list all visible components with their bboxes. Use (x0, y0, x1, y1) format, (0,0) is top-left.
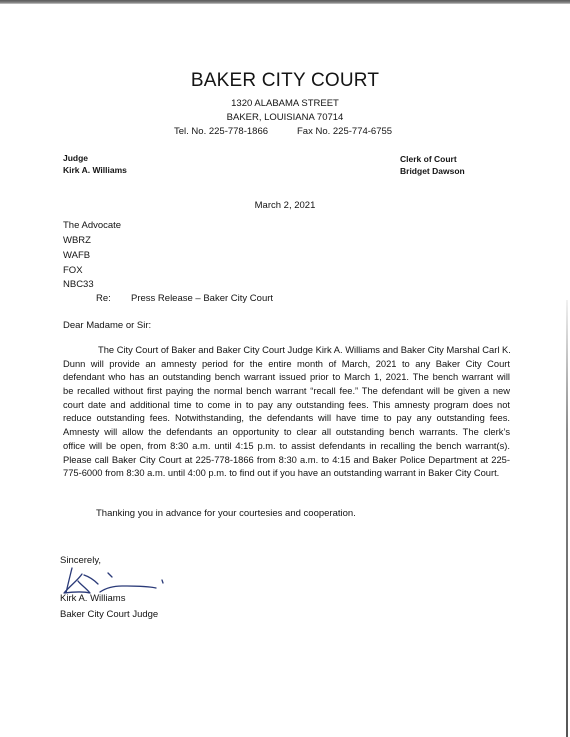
body-line: Amnesty will allow the defendants an opp… (63, 426, 510, 440)
city-address: BAKER, LOUISIANA 70714 (0, 112, 570, 123)
clerk-role: Clerk of Court (400, 154, 457, 164)
closing-paragraph: Thanking you in advance for your courtes… (96, 508, 356, 519)
re-subject: Press Release – Baker City Court (131, 293, 273, 304)
valediction: Sincerely, (60, 555, 101, 566)
clerk-name: Bridget Dawson (400, 166, 465, 176)
judge-name: Kirk A. Williams (63, 165, 127, 175)
body-line: defendant who has an outstanding bench w… (63, 371, 510, 385)
scan-top-edge (0, 0, 570, 4)
scan-right-edge (566, 300, 568, 737)
re-label: Re: (96, 293, 111, 304)
signer-title: Baker City Court Judge (60, 609, 158, 620)
body-line: reduce outstanding fees. Notwithstanding… (63, 412, 510, 426)
body-line: Please call Baker City Court at 225-778-… (63, 454, 510, 468)
recipient-item: NBC33 (63, 279, 94, 290)
salutation: Dear Madame or Sir: (63, 320, 151, 331)
body-line: The City Court of Baker and Baker City C… (63, 344, 510, 358)
signer-name: Kirk A. Williams (60, 593, 125, 604)
body-line: court date and additional time to come i… (63, 399, 510, 413)
recipient-item: FOX (63, 265, 83, 276)
letter-date: March 2, 2021 (0, 200, 570, 211)
recipient-item: WAFB (63, 250, 90, 261)
recipient-item: WBRZ (63, 235, 91, 246)
judge-role: Judge (63, 153, 88, 163)
fax-number: Fax No. 225-774-6755 (297, 126, 392, 137)
recipient-item: The Advocate (63, 220, 121, 231)
body-line: Dunn will provide an amnesty period for … (63, 358, 510, 372)
body-line: office will be open, from 8:30 a.m. unti… (63, 440, 510, 454)
body-line: be recalled without first paying the nor… (63, 385, 510, 399)
body-line: 775-6000 from 8:30 a.m. until 4:00 p.m. … (63, 467, 510, 481)
court-name-heading: BAKER CITY COURT (0, 70, 570, 92)
body-paragraph: The City Court of Baker and Baker City C… (63, 344, 510, 481)
telephone-number: Tel. No. 225-778-1866 (174, 126, 268, 137)
street-address: 1320 ALABAMA STREET (0, 98, 570, 109)
